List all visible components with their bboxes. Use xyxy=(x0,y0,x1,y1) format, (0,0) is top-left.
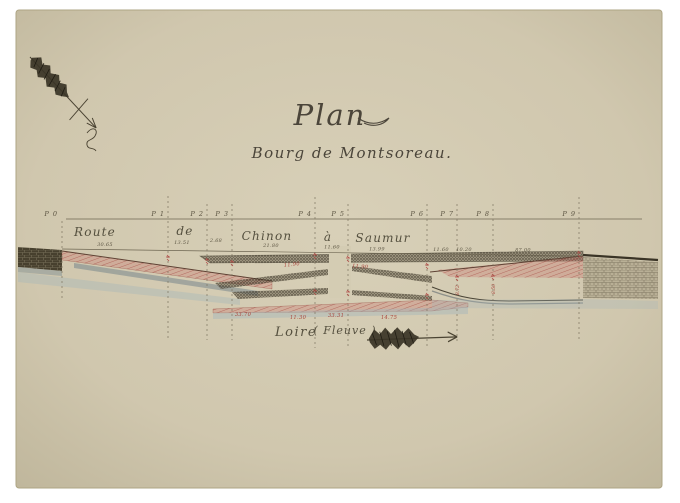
river-name-label: Loire xyxy=(274,325,317,340)
page-title: Plan xyxy=(293,98,367,132)
red-measurement: 33.31 xyxy=(328,313,344,319)
river-type-label: ( Fleuve ) xyxy=(313,324,376,337)
distance-label: 21.80 xyxy=(262,243,279,249)
distance-label: 13.51 xyxy=(174,240,190,246)
station-label: P 7 xyxy=(439,210,454,218)
scanned-plan: Plan Bourg de Montsoreau. xyxy=(0,0,680,503)
red-measurement: 8.72 xyxy=(455,285,461,295)
station-label: P 5 xyxy=(330,210,345,218)
distance-label: 11.60 xyxy=(324,245,340,251)
road-name-word: à xyxy=(324,230,332,244)
distance-label: 2.68 xyxy=(209,238,222,244)
red-measurement: 11.30 xyxy=(290,315,307,321)
page-subtitle: Bourg de Montsoreau. xyxy=(251,144,453,162)
red-measurement: 8.50 xyxy=(491,284,497,294)
station-label: P 8 xyxy=(475,210,490,218)
road-name-word: de xyxy=(176,224,193,238)
road-name-word: Route xyxy=(73,225,116,239)
water-right xyxy=(432,299,658,309)
distance-label: 10.20 xyxy=(456,247,472,253)
road-name-word: Saumur xyxy=(355,231,410,245)
station-label: P 1 xyxy=(150,210,165,218)
station-label: P 0 xyxy=(43,210,58,218)
distance-label: 11.60 xyxy=(433,247,449,253)
red-measurement: 14.75 xyxy=(381,315,397,321)
road-name-word: Chinon xyxy=(242,229,293,243)
distance-label: 87.00 xyxy=(515,248,531,254)
distance-label: 30.65 xyxy=(97,242,113,248)
red-measurement: 33.70 xyxy=(235,312,252,318)
station-label: P 9 xyxy=(561,210,576,218)
distance-label: 13.99 xyxy=(369,247,385,253)
station-label: P 3 xyxy=(214,210,229,218)
station-label: P 4 xyxy=(297,210,312,218)
left-wall xyxy=(18,247,62,271)
right-wall xyxy=(583,257,658,299)
station-label: P 6 xyxy=(409,210,424,218)
station-label: P 2 xyxy=(189,210,204,218)
